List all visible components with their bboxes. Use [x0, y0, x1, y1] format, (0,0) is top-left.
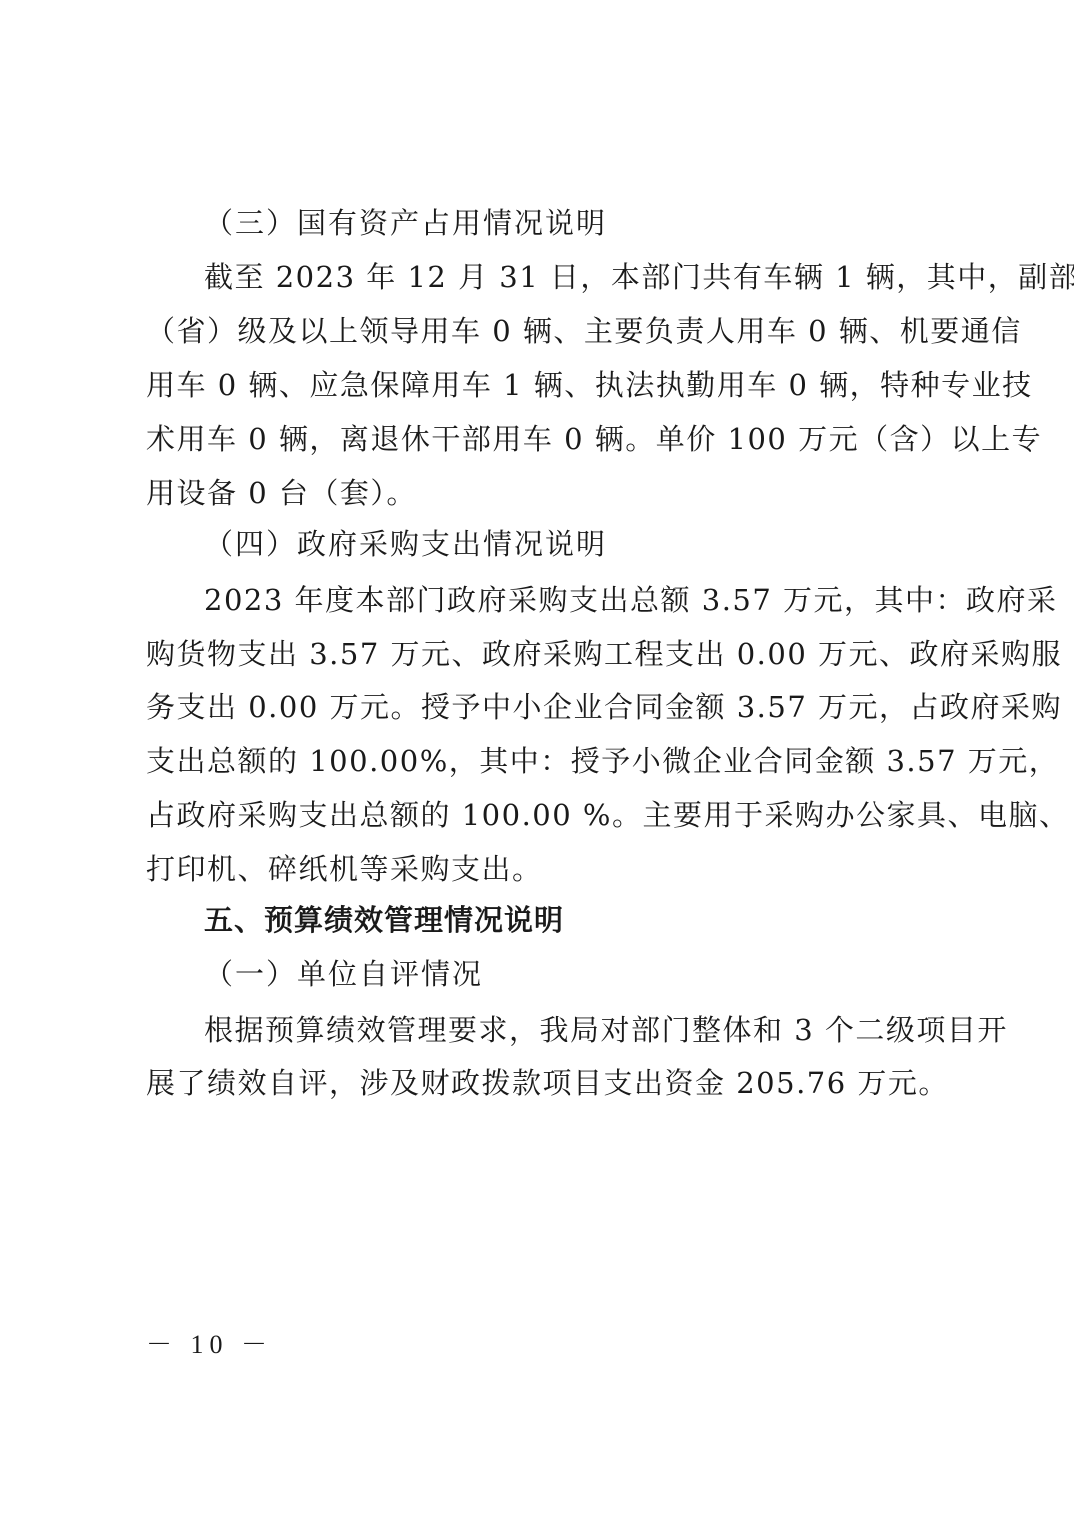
paragraph-line: （省）级及以上领导用车 0 辆、主要负责人用车 0 辆、机要通信	[146, 313, 946, 349]
page-number: － 10 －	[146, 1330, 273, 1360]
paragraph-line: 占政府采购支出总额的 100.00 %。主要用于采购办公家具、电脑、	[146, 797, 946, 833]
paragraph-line: 用车 0 辆、应急保障用车 1 辆、执法执勤用车 0 辆，特种专业技	[146, 367, 946, 403]
paragraph-line: 2023 年度本部门政府采购支出总额 3.57 万元，其中：政府采	[204, 582, 1004, 618]
paragraph-line: 务支出 0.00 万元。授予中小企业合同金额 3.57 万元，占政府采购	[146, 689, 946, 725]
section-heading-performance: 五、预算绩效管理情况说明	[204, 902, 1004, 938]
document-page: （三）国有资产占用情况说明 截至 2023 年 12 月 31 日，本部门共有车…	[0, 0, 1074, 1520]
paragraph-line: 截至 2023 年 12 月 31 日，本部门共有车辆 1 辆，其中，副部	[204, 259, 1004, 295]
section-heading-self-evaluation: （一）单位自评情况	[204, 956, 1004, 992]
paragraph-line: 支出总额的 100.00%，其中：授予小微企业合同金额 3.57 万元，	[146, 743, 946, 779]
paragraph-line: 购货物支出 3.57 万元、政府采购工程支出 0.00 万元、政府采购服	[146, 636, 946, 672]
paragraph-line: 展了绩效自评，涉及财政拨款项目支出资金 205.76 万元。	[146, 1065, 946, 1101]
section-heading-procurement: （四）政府采购支出情况说明	[204, 526, 1004, 562]
paragraph-line: 用设备 0 台（套）。	[146, 475, 946, 511]
paragraph-line: 根据预算绩效管理要求，我局对部门整体和 3 个二级项目开	[204, 1012, 1004, 1048]
paragraph-line: 打印机、碎纸机等采购支出。	[146, 851, 946, 887]
paragraph-line: 术用车 0 辆，离退休干部用车 0 辆。单价 100 万元（含）以上专	[146, 421, 946, 457]
section-heading-state-assets: （三）国有资产占用情况说明	[204, 205, 1004, 241]
